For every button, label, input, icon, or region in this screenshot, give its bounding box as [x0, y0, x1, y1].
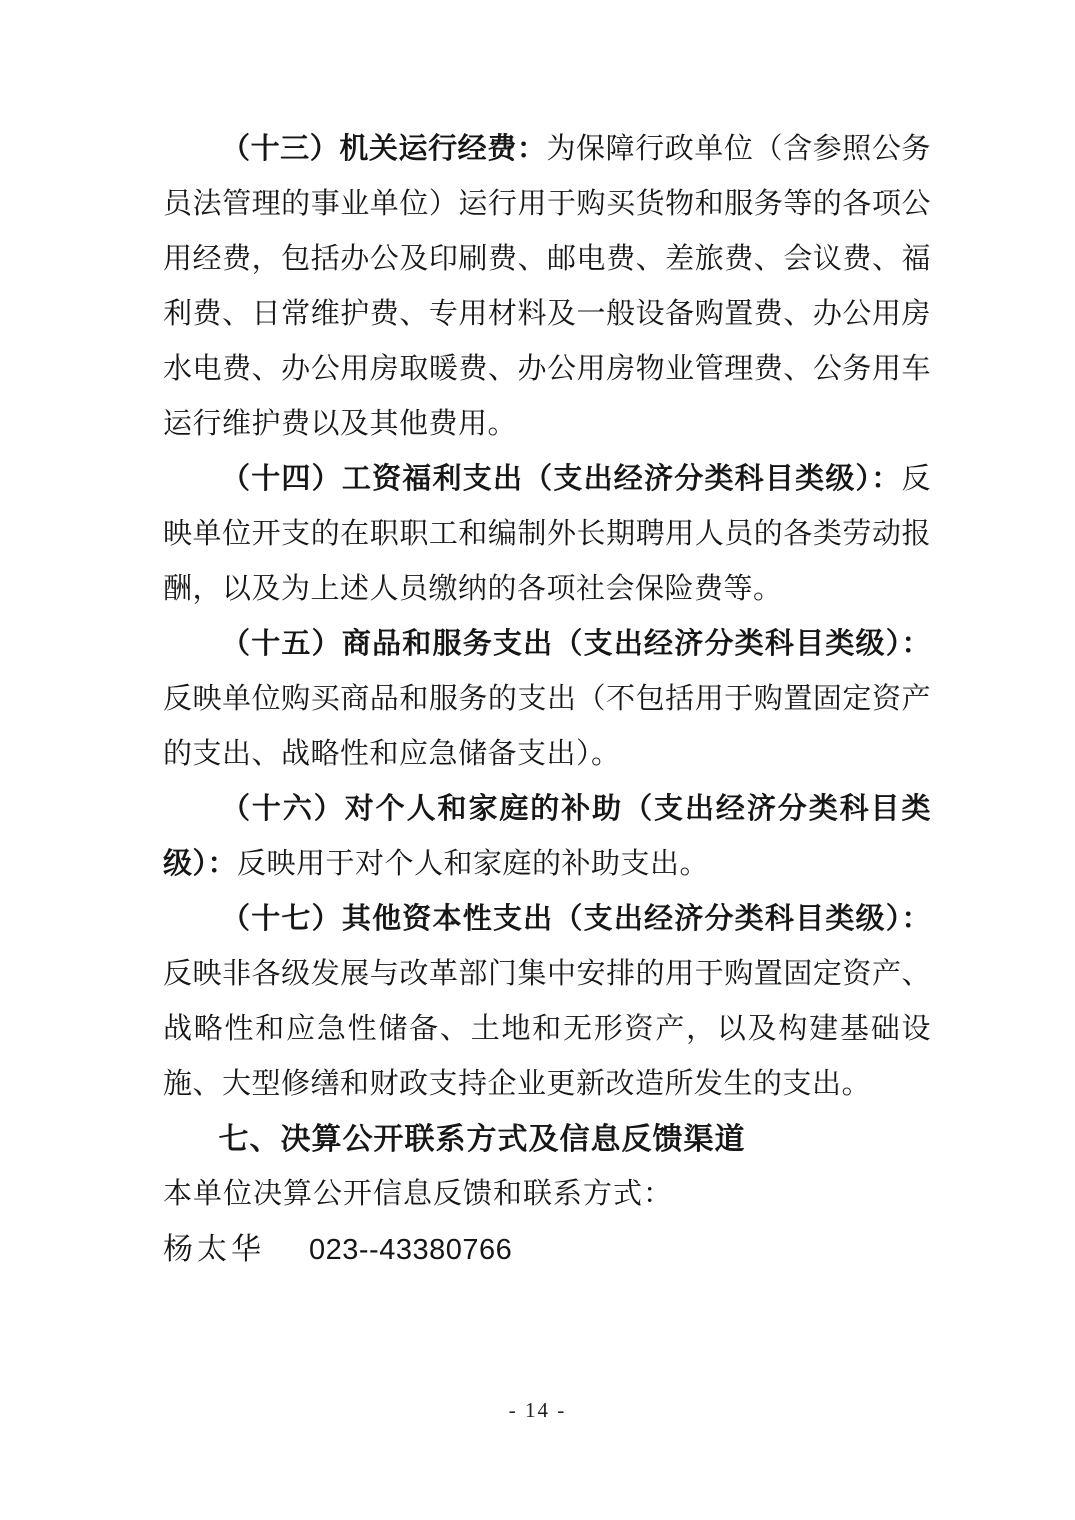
paragraph-text: 反映单位购买商品和服务的支出（不包括用于购置固定资产的支出、战略性和应急储备支出… — [163, 683, 931, 770]
paragraph-item-13: （十三）机关运行经费：为保障行政单位（含参照公务员法管理的事业单位）运行用于购买… — [163, 122, 931, 452]
paragraph-head: （十三）机关运行经费： — [221, 133, 546, 165]
paragraph-item-14: （十四）工资福利支出（支出经济分类科目类级）：反映单位开支的在职职工和编制外长期… — [163, 452, 931, 617]
contact-row: 杨太华 023--43380766 — [163, 1222, 931, 1278]
section-heading: 七、决算公开联系方式及信息反馈渠道 — [163, 1112, 931, 1167]
paragraph-text: 反映非各级发展与改革部门集中安排的用于购置固定资产、战略性和应急性储备、土地和无… — [163, 958, 931, 1100]
paragraph-item-16: （十六）对个人和家庭的补助（支出经济分类科目类级）：反映用于对个人和家庭的补助支… — [163, 782, 931, 892]
paragraph-head: （十五）商品和服务支出（支出经济分类科目类级）： — [221, 628, 931, 660]
page-number: - 14 - — [0, 1398, 1075, 1423]
paragraph-head: （十七）其他资本性支出（支出经济分类科目类级）： — [221, 903, 931, 935]
contact-phone: 023--43380766 — [309, 1223, 512, 1278]
paragraph-text: 为保障行政单位（含参照公务员法管理的事业单位）运行用于购买货物和服务等的各项公用… — [163, 133, 931, 440]
paragraph-head: （十四）工资福利支出（支出经济分类科目类级）： — [221, 463, 901, 495]
paragraph-item-15: （十五）商品和服务支出（支出经济分类科目类级）：反映单位购买商品和服务的支出（不… — [163, 617, 931, 782]
paragraph-text: 反映用于对个人和家庭的补助支出。 — [237, 848, 709, 880]
contact-name: 杨太华 — [163, 1222, 265, 1277]
contact-intro: 本单位决算公开信息反馈和联系方式： — [163, 1167, 931, 1222]
document-body: （十三）机关运行经费：为保障行政单位（含参照公务员法管理的事业单位）运行用于购买… — [163, 122, 931, 1278]
document-page: （十三）机关运行经费：为保障行政单位（含参照公务员法管理的事业单位）运行用于购买… — [0, 0, 1075, 1520]
paragraph-item-17: （十七）其他资本性支出（支出经济分类科目类级）：反映非各级发展与改革部门集中安排… — [163, 892, 931, 1112]
